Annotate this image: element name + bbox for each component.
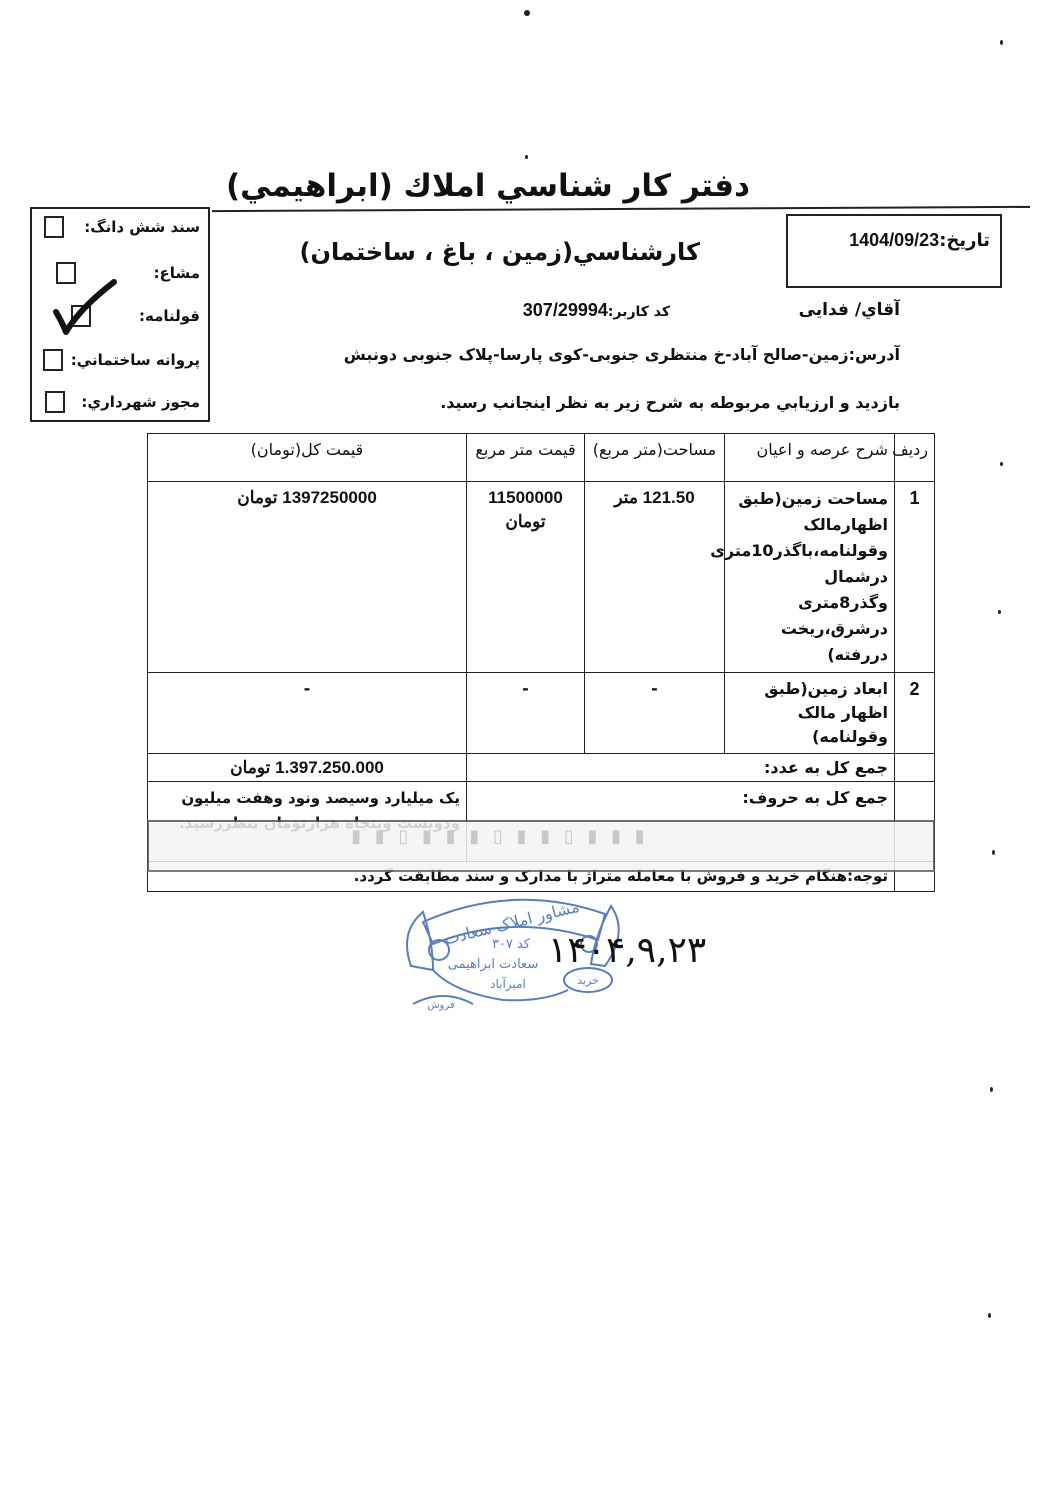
client-name: فدایی bbox=[799, 300, 849, 320]
faded-text: ▮ ▮ ▮ ▯ ▮ ▮ ▯ ▮ ▮ ▮ ▯ ▮ ▮ bbox=[220, 826, 780, 847]
stamp-line-3: سعادت ابراهیمی bbox=[448, 957, 538, 972]
appraisal-subtitle: کارشناسي(زمين ، باغ ، ساختمان) bbox=[340, 238, 700, 266]
scan-speck bbox=[998, 610, 1001, 614]
sum-numeric-value: 1.397.250.000 تومان bbox=[148, 754, 467, 782]
visit-note: بازديد و ارزيابي مربوطه به شرح زير به نظ… bbox=[430, 393, 900, 412]
doc-type-label: سند شش دانگ: bbox=[84, 218, 200, 236]
sum-numeric-row: جمع کل به عدد: 1.397.250.000 تومان bbox=[148, 754, 935, 782]
row-number: 1 bbox=[895, 482, 935, 673]
row-unit-price: 11500000 تومان bbox=[467, 482, 585, 673]
row-total-price: - bbox=[148, 673, 467, 754]
row-unit-price: - bbox=[467, 673, 585, 754]
header-total-price: قيمت کل(تومان) bbox=[148, 434, 467, 482]
doc-type-sixdang: سند شش دانگ: bbox=[44, 216, 200, 238]
date-field: تاريخ:1404/09/23 bbox=[849, 230, 990, 251]
row-area: 121.50 متر bbox=[585, 482, 725, 673]
table-header-row: رديف شرح عرصه و اعيان مساحت(متر مربع) قي… bbox=[148, 434, 935, 482]
header-unit-price: قيمت متر مربع bbox=[467, 434, 585, 482]
address-line: آدرس:زمین-صالح آباد-خ منتظری جنوبی-کوی پ… bbox=[330, 345, 900, 364]
scan-speck bbox=[1000, 40, 1003, 45]
table-row: 1 مساحت زمين(طبق اظهارمالک وقولنامه،باگذ… bbox=[148, 482, 935, 673]
stamp-line-5: خرید bbox=[577, 974, 599, 987]
user-code-label: کد کاربر: bbox=[608, 304, 670, 320]
checkbox-sixdang[interactable] bbox=[44, 216, 64, 238]
row-description: ابعاد زمين(طبق اظهار مالک وقولنامه) bbox=[725, 673, 895, 754]
doc-type-label: مجوز شهرداري: bbox=[81, 393, 200, 411]
date-value: 1404/09/23 bbox=[849, 230, 939, 250]
doc-type-label: قولنامه: bbox=[139, 307, 200, 325]
doc-type-municipal-permit: مجوز شهرداري: bbox=[45, 391, 200, 413]
table-row: 2 ابعاد زمين(طبق اظهار مالک وقولنامه) - … bbox=[148, 673, 935, 754]
row-area: - bbox=[585, 673, 725, 754]
header-row-number: رديف bbox=[895, 434, 935, 482]
scan-speck bbox=[990, 1087, 993, 1092]
doc-type-building-permit: پروانه ساختماني: bbox=[43, 349, 200, 371]
row-number: 2 bbox=[895, 673, 935, 754]
doc-type-label: پروانه ساختماني: bbox=[71, 351, 200, 369]
handwritten-signature-date: ۱۴۰۴,۹,۲۳ bbox=[548, 930, 706, 971]
scan-speck bbox=[992, 850, 995, 855]
empty-cell bbox=[895, 754, 935, 782]
scan-speck bbox=[1000, 462, 1003, 466]
title-underline bbox=[212, 206, 1030, 212]
date-label: تاريخ: bbox=[939, 230, 990, 251]
row-total-price: 1397250000 تومان bbox=[148, 482, 467, 673]
client: آقاي/ فدایی bbox=[780, 300, 900, 320]
user-code: کد کاربر:307/29994 bbox=[470, 300, 670, 321]
checkmark-icon bbox=[50, 278, 120, 338]
scan-speck bbox=[525, 155, 528, 159]
header-area: مساحت(متر مربع) bbox=[585, 434, 725, 482]
scan-speck bbox=[524, 10, 530, 16]
stamp-line-6: فروش bbox=[427, 1000, 455, 1011]
office-title: دفتر کار شناسي املاك (ابراهيمي) bbox=[300, 168, 750, 204]
stamp-line-2: کد ۳۰۷ bbox=[492, 937, 531, 952]
client-label: آقاي/ bbox=[855, 300, 900, 320]
date-box: تاريخ:1404/09/23 bbox=[786, 214, 1002, 288]
user-code-value: 307/29994 bbox=[523, 300, 608, 320]
stamp-line-4: امیرآباد bbox=[490, 976, 526, 992]
header-description: شرح عرصه و اعيان bbox=[725, 434, 895, 482]
doc-type-label: مشاع: bbox=[154, 264, 200, 282]
checkbox-municipal-permit[interactable] bbox=[45, 391, 65, 413]
scan-speck bbox=[988, 1313, 991, 1318]
checkbox-building-permit[interactable] bbox=[43, 349, 63, 371]
sum-numeric-label: جمع کل به عدد: bbox=[467, 754, 895, 782]
row-description: مساحت زمين(طبق اظهارمالک وقولنامه،باگذر1… bbox=[725, 482, 895, 673]
